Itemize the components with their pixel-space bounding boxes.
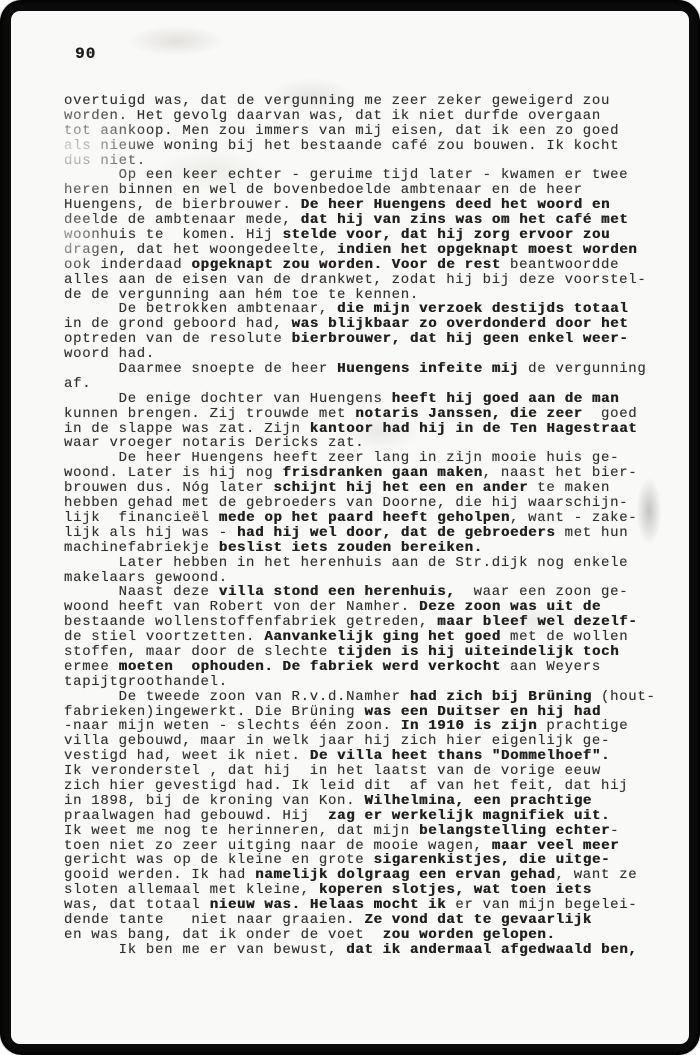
text-line: De tweede zoon van R.v.d.Namher had zich… xyxy=(64,690,674,705)
text-line: tapijtgroothandel. xyxy=(64,675,674,690)
text-line: bestaande wollenstoffenfabriek getreden,… xyxy=(64,615,674,630)
text-line: lijk als hij was - had hij wel door, dat… xyxy=(64,526,674,541)
text-line: kunnen brengen. Zij trouwde met notaris … xyxy=(64,407,674,422)
text-line: af. xyxy=(64,377,674,392)
text-line: deelde de ambtenaar mede, dat hij van zi… xyxy=(64,213,674,228)
text-line: en was bang, dat ik onder de voet zou wo… xyxy=(64,928,674,943)
text-line: was, dat totaal nieuw was. Helaas mocht … xyxy=(64,898,674,913)
text-line: machinefabriekje beslist iets zouden ber… xyxy=(64,541,674,556)
text-line: De enige dochter van Huengens heeft hij … xyxy=(64,392,674,407)
text-line: brouwen dus. Nóg later schijnt hij het e… xyxy=(64,481,674,496)
text-line: worden. Het gevolg daarvan was, dat ik n… xyxy=(64,109,674,124)
text-line: villa gebouwd, maar in welk jaar hij zic… xyxy=(64,734,674,749)
text-line: praalwagen had gebouwd. Hij zag er werke… xyxy=(64,809,674,824)
text-line: Ik veronderstel , dat hij in het laatst … xyxy=(64,764,674,779)
document-body: overtuigd was, dat de vergunning me zeer… xyxy=(64,94,674,958)
text-line: zich hier gevestigd had. Ik leid dit af … xyxy=(64,779,674,794)
text-line: Huengens, de bierbrouwer. De heer Huenge… xyxy=(64,198,674,213)
text-line: heren binnen en wel de bovenbedoelde amb… xyxy=(64,183,674,198)
text-line: lijk financieël mede op het paard heeft … xyxy=(64,511,674,526)
text-line: hebben gehad met de gebroeders van Doorn… xyxy=(64,496,674,511)
text-line: woond heeft van Robert von der Namher. D… xyxy=(64,600,674,615)
text-line: optreden van de resolute bierbrouwer, da… xyxy=(64,332,674,347)
text-line: de stiel voortzetten. Aanvankelijk ging … xyxy=(64,630,674,645)
text-line: woonhuis te komen. Hij stelde voor, dat … xyxy=(64,228,674,243)
text-line: stoffen, maar door de slechte tijden is … xyxy=(64,645,674,660)
text-line: dende tante niet naar graaien. Ze vond d… xyxy=(64,913,674,928)
text-line: vestigd had, weet ik niet. De villa heet… xyxy=(64,749,674,764)
text-line: woord had. xyxy=(64,347,674,362)
text-line: Ik ben me er van bewust, dat ik andermaa… xyxy=(64,943,674,958)
text-line: overtuigd was, dat de vergunning me zeer… xyxy=(64,94,674,109)
text-line: Later hebben in het herenhuis aan de Str… xyxy=(64,556,674,571)
text-line: woond. Later is hij nog frisdranken gaan… xyxy=(64,466,674,481)
text-line: Daarmee snoepte de heer Huengens infeite… xyxy=(64,362,674,377)
scanned-page: 90 overtuigd was, dat de vergunning me z… xyxy=(0,0,700,1055)
text-line: gooid werden. Ik had namelijk dolgraag e… xyxy=(64,868,674,883)
text-line: Ik weet me nog te herinneren, dat mijn b… xyxy=(64,824,674,839)
text-line: alles aan de eisen van de drankwet, zoda… xyxy=(64,273,674,288)
page-number: 90 xyxy=(75,45,96,63)
text-line: sloten allemaal met kleine, koperen slot… xyxy=(64,883,674,898)
document-page: 90 overtuigd was, dat de vergunning me z… xyxy=(11,11,689,1044)
text-line: ermee moeten ophouden. De fabriek werd v… xyxy=(64,660,674,675)
text-line: tot aankoop. Men zou immers van mij eise… xyxy=(64,124,674,139)
text-line: als nieuwe woning bij het bestaande café… xyxy=(64,139,674,154)
text-line: ook inderdaad opgeknapt zou worden. Voor… xyxy=(64,258,674,273)
text-line: dragen, dat het woongedeelte, indien het… xyxy=(64,243,674,258)
text-line: in 1898, bij de kroning van Kon. Wilhelm… xyxy=(64,794,674,809)
